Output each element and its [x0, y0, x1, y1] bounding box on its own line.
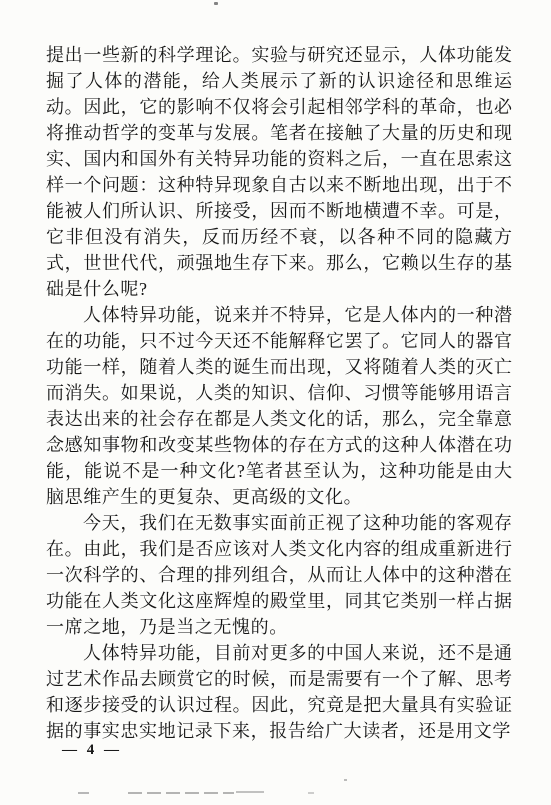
text-line: 念感知事物和改变某些物体的存在方式的这种人体潜在功 — [46, 432, 512, 458]
text-line: 人体特异功能，目前对更多的中国人来说，还不是通 — [46, 640, 512, 666]
text-line: 在。由此，我们是否应该对人类文化内容的组成重新进行 — [46, 536, 512, 562]
text-line: 实、国内和国外有关特异功能的资料之后，一直在思索这 — [46, 146, 512, 172]
text-line: 功能一样，随着人类的诞生而出现，又将随着人类的灭亡 — [46, 354, 512, 380]
scan-artifact-bottom-smudge — [128, 792, 234, 794]
text-line: 在的功能，只不过今天还不能解释它罢了。它同人的器官 — [46, 328, 512, 354]
text-line: 一席之地，乃是当之无愧的。 — [46, 614, 512, 640]
text-line: 功能在人类文化这座辉煌的殿堂里，同其它类别一样占据 — [46, 588, 512, 614]
text-line: 掘了人体的潜能，给人类展示了新的认识途径和思维运 — [46, 68, 512, 94]
text-line: 脑思维产生的更复杂、更高级的文化。 — [46, 484, 512, 510]
book-page: 提出一些新的科学理论。实验与研究还显示，人体功能发掘了人体的潜能，给人类展示了新… — [0, 0, 551, 805]
scan-artifact-top-speck — [214, 2, 218, 5]
text-line: 而消失。如果说，人类的知识、信仰、习惯等能够用语言 — [46, 380, 512, 406]
text-line: 动。因此，它的影响不仅将会引起相邻学科的革命，也必 — [46, 94, 512, 120]
scan-artifact-bottom-smudge — [78, 792, 89, 794]
text-line: 今天，我们在无数事实面前正视了这种功能的客观存 — [46, 510, 512, 536]
text-line: 一次科学的、合理的排列组合，从而让人体中的这种潜在 — [46, 562, 512, 588]
text-line: 表达出来的社会存在都是人类文化的话，那么，完全靠意 — [46, 406, 512, 432]
scan-artifact-bottom-smudge — [308, 792, 314, 794]
text-line: 将推动哲学的变革与发展。笔者在接触了大量的历史和现 — [46, 120, 512, 146]
scan-artifact-right-speck — [344, 779, 347, 781]
text-line: 过艺术作品去顾赏它的时候，而是需要有一个了解、思考 — [46, 666, 512, 692]
text-block: 提出一些新的科学理论。实验与研究还显示，人体功能发掘了人体的潜能，给人类展示了新… — [46, 42, 512, 744]
text-line: 提出一些新的科学理论。实验与研究还显示，人体功能发 — [46, 42, 512, 68]
text-line: 能被人们所认识、所接受，因而不断地横遭不幸。可是， — [46, 198, 512, 224]
text-line: 和逐步接受的认识过程。因此，究竟是把大量具有实验证 — [46, 692, 512, 718]
text-line: 础是什么呢? — [46, 276, 512, 302]
scan-artifact-bottom-smudge — [236, 791, 264, 793]
text-line: 能，能说不是一种文化?笔者甚至认为，这种功能是由大 — [46, 458, 512, 484]
text-line: 人体特异功能，说来并不特异，它是人体内的一种潜 — [46, 302, 512, 328]
text-line: 式，世世代代，顽强地生存下来。那么，它赖以生存的基 — [46, 250, 512, 276]
page-number: — 4 — — [62, 741, 122, 759]
text-line: 它非但没有消失，反而历经不衰，以各种不同的隐藏方 — [46, 224, 512, 250]
text-line: 样一个问题：这种特异现象自古以来不断地出现，出于不 — [46, 172, 512, 198]
